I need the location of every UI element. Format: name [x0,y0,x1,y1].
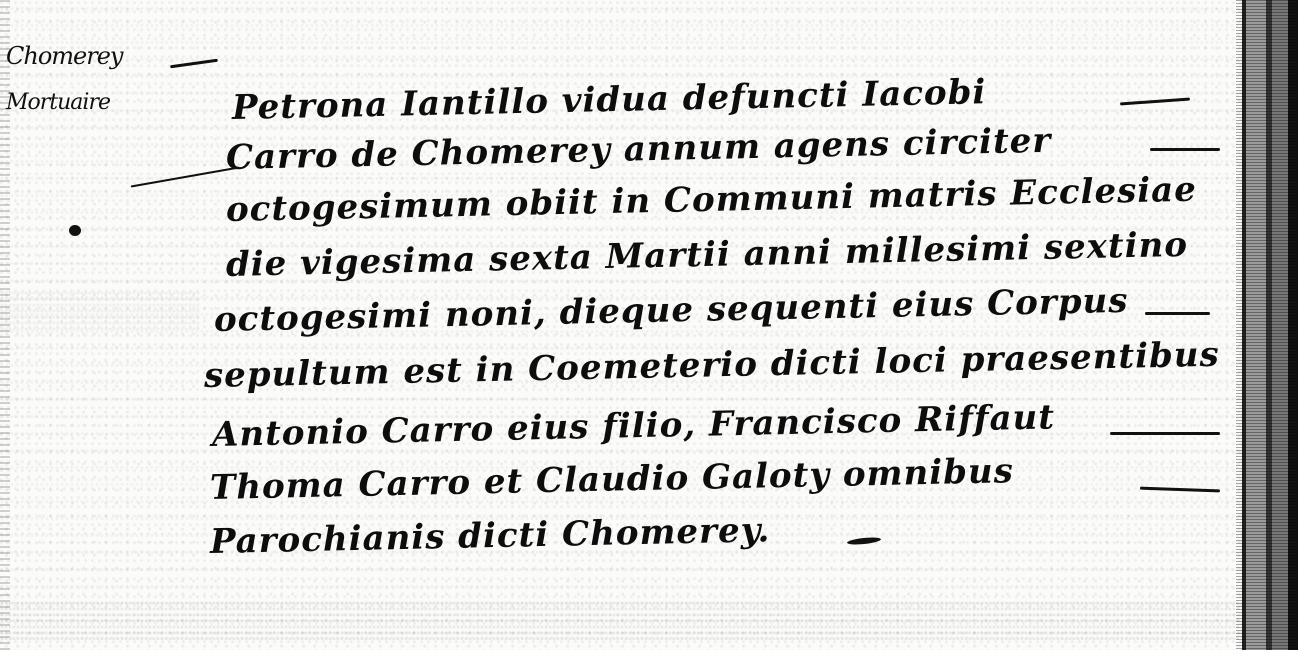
margin-entry-type: Mortuaire [6,90,110,115]
margin-place-name: Chomerey [6,42,122,70]
line-filler-flourish [1140,487,1220,493]
text-line-8: Thoma Carro et Claudio Galoty omnibus [210,451,1015,508]
text-line-1: Petrona Iantillo vidua defuncti Iacobi [232,72,987,128]
line-filler-flourish [1120,98,1190,106]
paper-noise [0,290,200,330]
text-line-5: octogesimi noni, dieque sequenti eius Co… [214,281,1129,340]
text-line-3: octogesimum obiit in Communi matris Eccl… [226,170,1198,230]
flourish [170,59,218,69]
text-line-7: Antonio Carro eius filio, Francisco Riff… [212,397,1056,455]
connector-stroke [131,166,240,187]
document-scan: Chomerey Mortuaire Petrona Iantillo vidu… [0,0,1298,650]
text-line-9: Parochianis dicti Chomerey. [210,510,771,562]
margin-dot-mark [69,225,81,236]
line-filler-flourish [1145,312,1210,315]
text-line-4: die vigesima sexta Martii anni millesimi… [226,225,1189,285]
line-filler-flourish [1150,148,1220,151]
page-binding-edge [1236,0,1298,650]
line-filler-flourish [1110,432,1220,435]
text-line-6: sepultum est in Coemeterio dicti loci pr… [204,335,1220,396]
text-line-2: Carro de Chomerey annum agens circiter [226,121,1052,178]
end-flourish [847,536,881,546]
paper-noise [0,600,1240,640]
